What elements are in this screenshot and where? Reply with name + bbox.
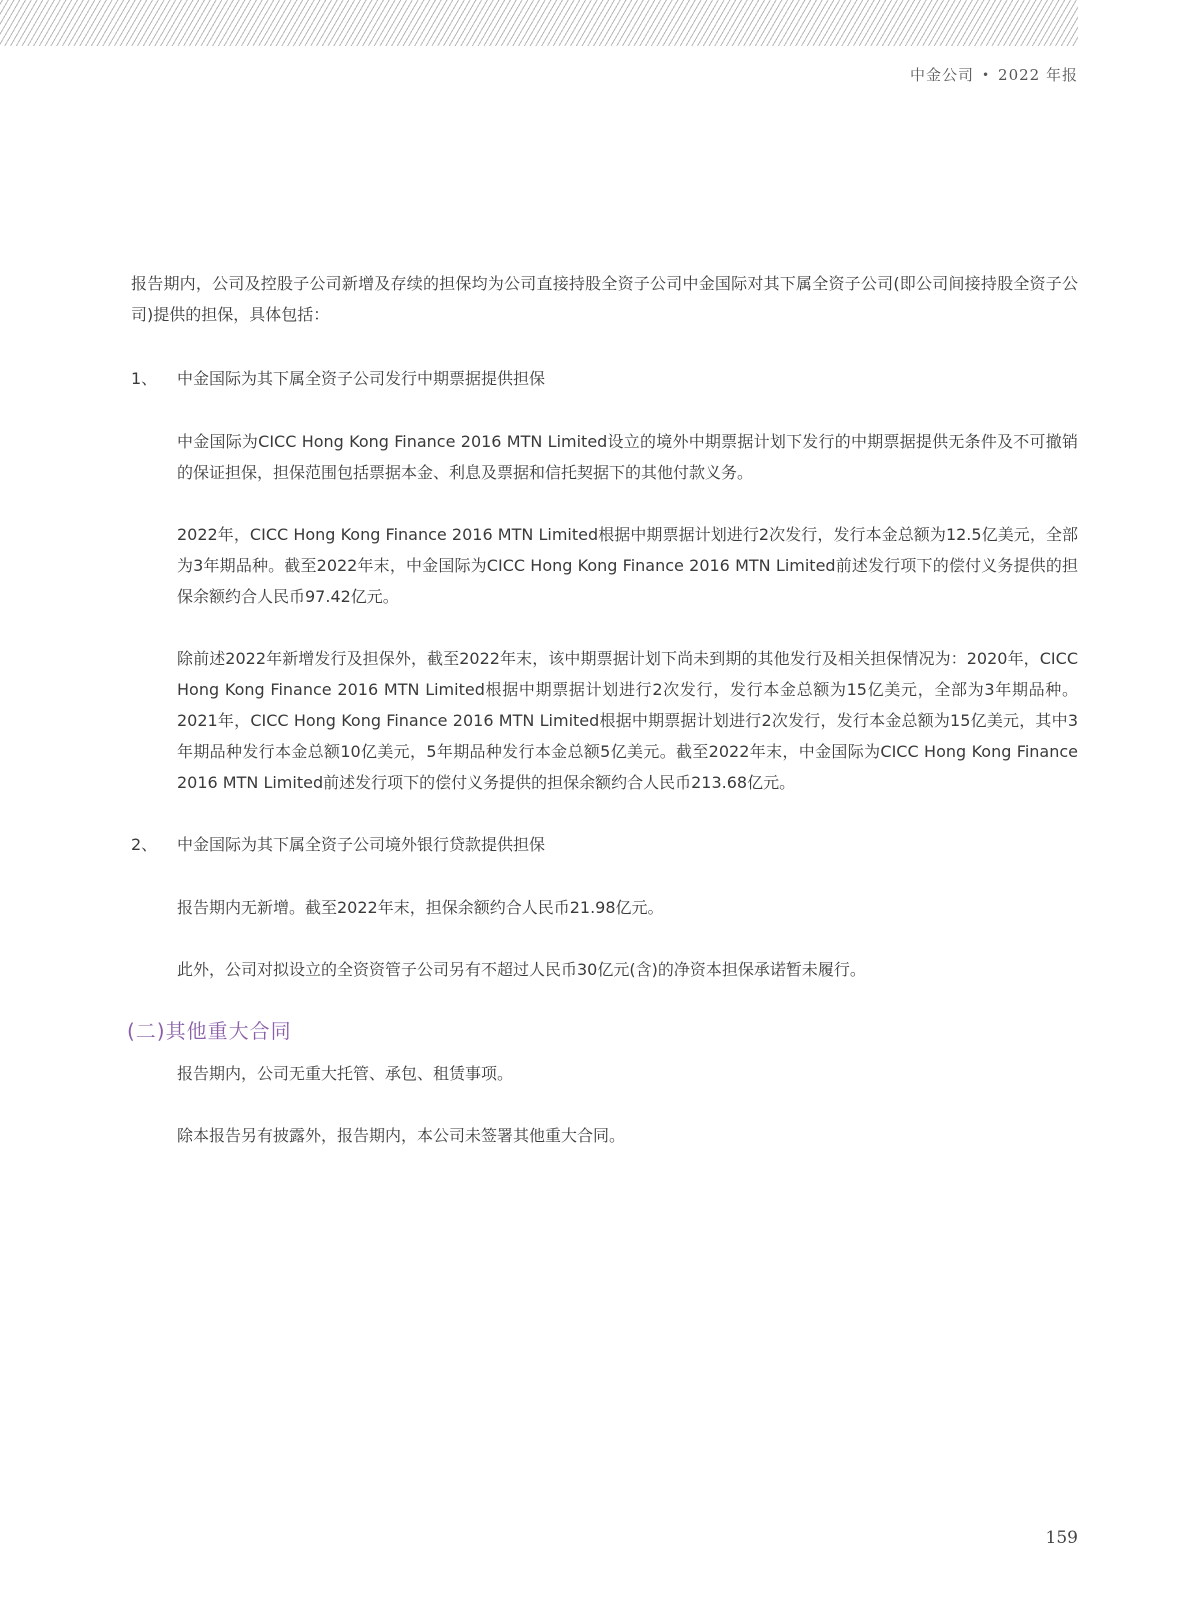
item-1-paragraph-1: 中金国际为CICC Hong Kong Finance 2016 MTN Lim… <box>131 426 1078 488</box>
header-separator: • <box>982 68 990 82</box>
header-company: 中金公司 <box>910 66 974 84</box>
list-item-number: 1、 <box>131 363 177 394</box>
intro-paragraph: 报告期内，公司及控股子公司新增及存续的担保均为公司直接持股全资子公司中金国际对其… <box>131 268 1078 330</box>
item-2-paragraph-2: 此外，公司对拟设立的全资资管子公司另有不超过人民币30亿元(含)的净资本担保承诺… <box>131 954 1078 985</box>
decorative-hatch-band <box>0 0 1078 46</box>
running-header: 中金公司•2022 年报 <box>910 64 1078 85</box>
list-item-2-heading: 2、 中金国际为其下属全资子公司境外银行贷款提供担保 <box>131 829 1078 860</box>
item-1-paragraph-2: 2022年，CICC Hong Kong Finance 2016 MTN Li… <box>131 519 1078 612</box>
page-number: 159 <box>1046 1528 1078 1548</box>
section-2-paragraph-1: 报告期内，公司无重大托管、承包、租赁事项。 <box>131 1058 1078 1089</box>
section-2-paragraph-2: 除本报告另有披露外，报告期内，本公司未签署其他重大合同。 <box>131 1120 1078 1151</box>
item-2-paragraph-1: 报告期内无新增。截至2022年末，担保余额约合人民币21.98亿元。 <box>131 892 1078 923</box>
item-1-paragraph-3: 除前述2022年新增发行及担保外，截至2022年末，该中期票据计划下尚未到期的其… <box>131 643 1078 798</box>
list-item-1-heading: 1、 中金国际为其下属全资子公司发行中期票据提供担保 <box>131 363 1078 394</box>
header-report: 2022 年报 <box>998 66 1078 84</box>
section-heading-other-contracts: (二)其他重大合同 <box>127 1016 1078 1046</box>
list-item-title: 中金国际为其下属全资子公司发行中期票据提供担保 <box>177 363 545 394</box>
page-content: 报告期内，公司及控股子公司新增及存续的担保均为公司直接持股全资子公司中金国际对其… <box>131 268 1078 1182</box>
list-item-title: 中金国际为其下属全资子公司境外银行贷款提供担保 <box>177 829 545 860</box>
list-item-number: 2、 <box>131 829 177 860</box>
